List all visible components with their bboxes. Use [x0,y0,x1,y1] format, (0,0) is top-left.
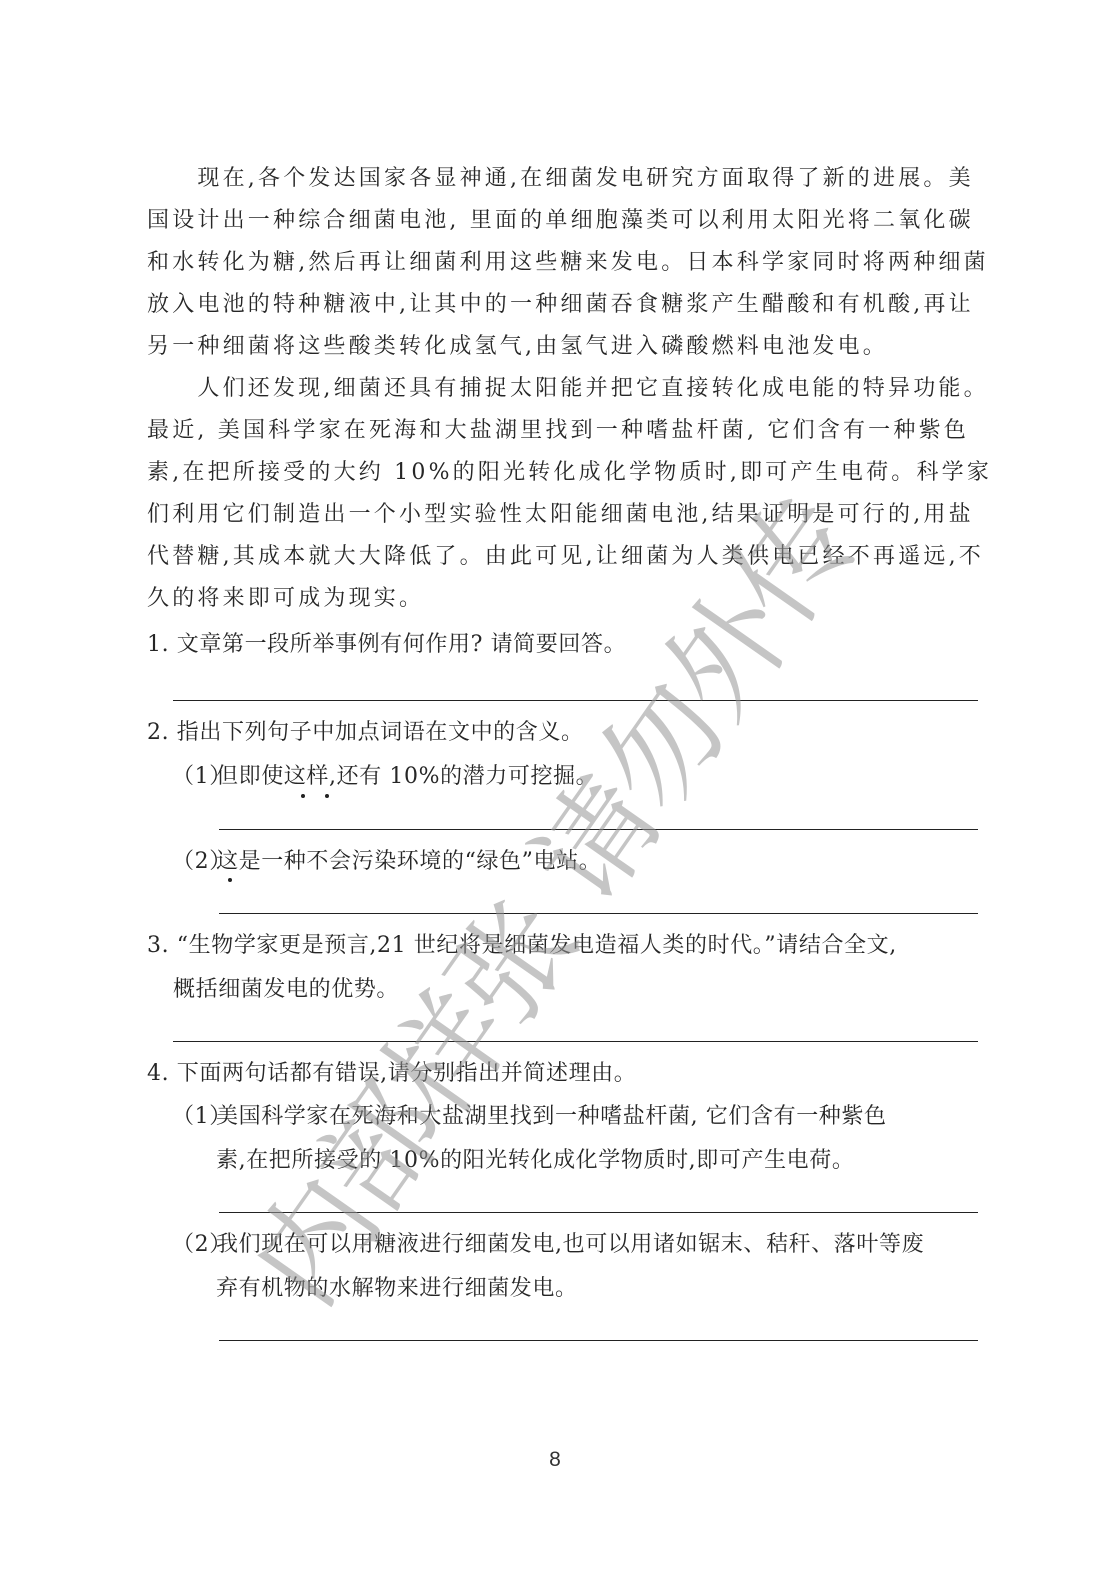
passage-line: 放入电池的特种糖液中,让其中的一种细菌吞食糖浆产生醋酸和有机酸,再让 [147,290,982,320]
question-4-sub1-line2: 素,在把所接受的 10%的阳光转化成化学物质时,即可产生电荷。 [216,1146,854,1176]
question-4-sub2-line2: 弃有机物的水解物来进行细菌发电。 [216,1274,578,1304]
passage-line: 最近, 美国科学家在死海和大盐湖里找到一种嗜盐杆菌, 它们含有一种紫色 [147,416,982,446]
passage-line: 国设计出一种综合细菌电池, 里面的单细胞藻类可以利用太阳光将二氧化碳 [147,206,982,236]
emphasis-dot [325,794,329,798]
answer-line-q3[interactable] [173,1041,978,1042]
question-2-sub2-text: 这是一种不会污染环境的“绿色”电站。 [216,847,601,877]
answer-line-q2-1[interactable] [219,829,978,830]
question-1-text: 1. 文章第一段所举事例有何作用? 请简要回答。 [147,630,626,660]
question-2-text: 2. 指出下列句子中加点词语在文中的含义。 [147,718,584,748]
question-4-sub1-line1: 美国科学家在死海和大盐湖里找到一种嗜盐杆菌, 它们含有一种紫色 [216,1102,887,1132]
answer-line-q4-2[interactable] [219,1340,978,1341]
passage-line: 久的将来即可成为现实。 [147,584,982,614]
answer-line-q1[interactable] [173,700,978,701]
answer-line-q4-1[interactable] [219,1212,978,1213]
question-4-sub2-line1: 我们现在可以用糖液进行细菌发电,也可以用诸如锯末、秸秆、落叶等废 [216,1230,924,1260]
question-2-sub1-text: 但即使这样,还有 10%的潜力可挖掘。 [216,762,598,792]
question-3-text-line2: 概括细菌发电的优势。 [173,975,399,1005]
passage-line: 和水转化为糖,然后再让细菌利用这些糖来发电。日本科学家同时将两种细菌 [147,248,982,278]
passage-line: 另一种细菌将这些酸类转化成氢气,由氢气进入磷酸燃料电池发电。 [147,332,982,362]
passage-line: 代替糖,其成本就大大降低了。由此可见,让细菌为人类供电已经不再遥远,不 [147,542,982,572]
passage-line: 现在,各个发达国家各显神通,在细菌发电研究方面取得了新的进展。美 [147,164,982,194]
emphasis-dot [228,878,232,882]
passage-line: 人们还发现,细菌还具有捕捉太阳能并把它直接转化成电能的特异功能。 [147,374,982,404]
answer-line-q2-2[interactable] [219,913,978,914]
textbook-page: 现在,各个发达国家各显神通,在细菌发电研究方面取得了新的进展。美 国设计出一种综… [0,0,1110,1571]
page-number: 8 [0,1448,1110,1472]
question-4-text: 4. 下面两句话都有错误,请分别指出并简述理由。 [147,1059,636,1089]
passage-line: 素,在把所接受的大约 10%的阳光转化成化学物质时,即可产生电荷。科学家 [147,458,982,488]
emphasis-dot [301,794,305,798]
question-3-text-line1: 3. “生物学家更是预言,21 世纪将是细菌发电造福人类的时代。”请结合全文, [147,931,897,961]
passage-line: 们利用它们制造出一个小型实验性太阳能细菌电池,结果证明是可行的,用盐 [147,500,982,530]
